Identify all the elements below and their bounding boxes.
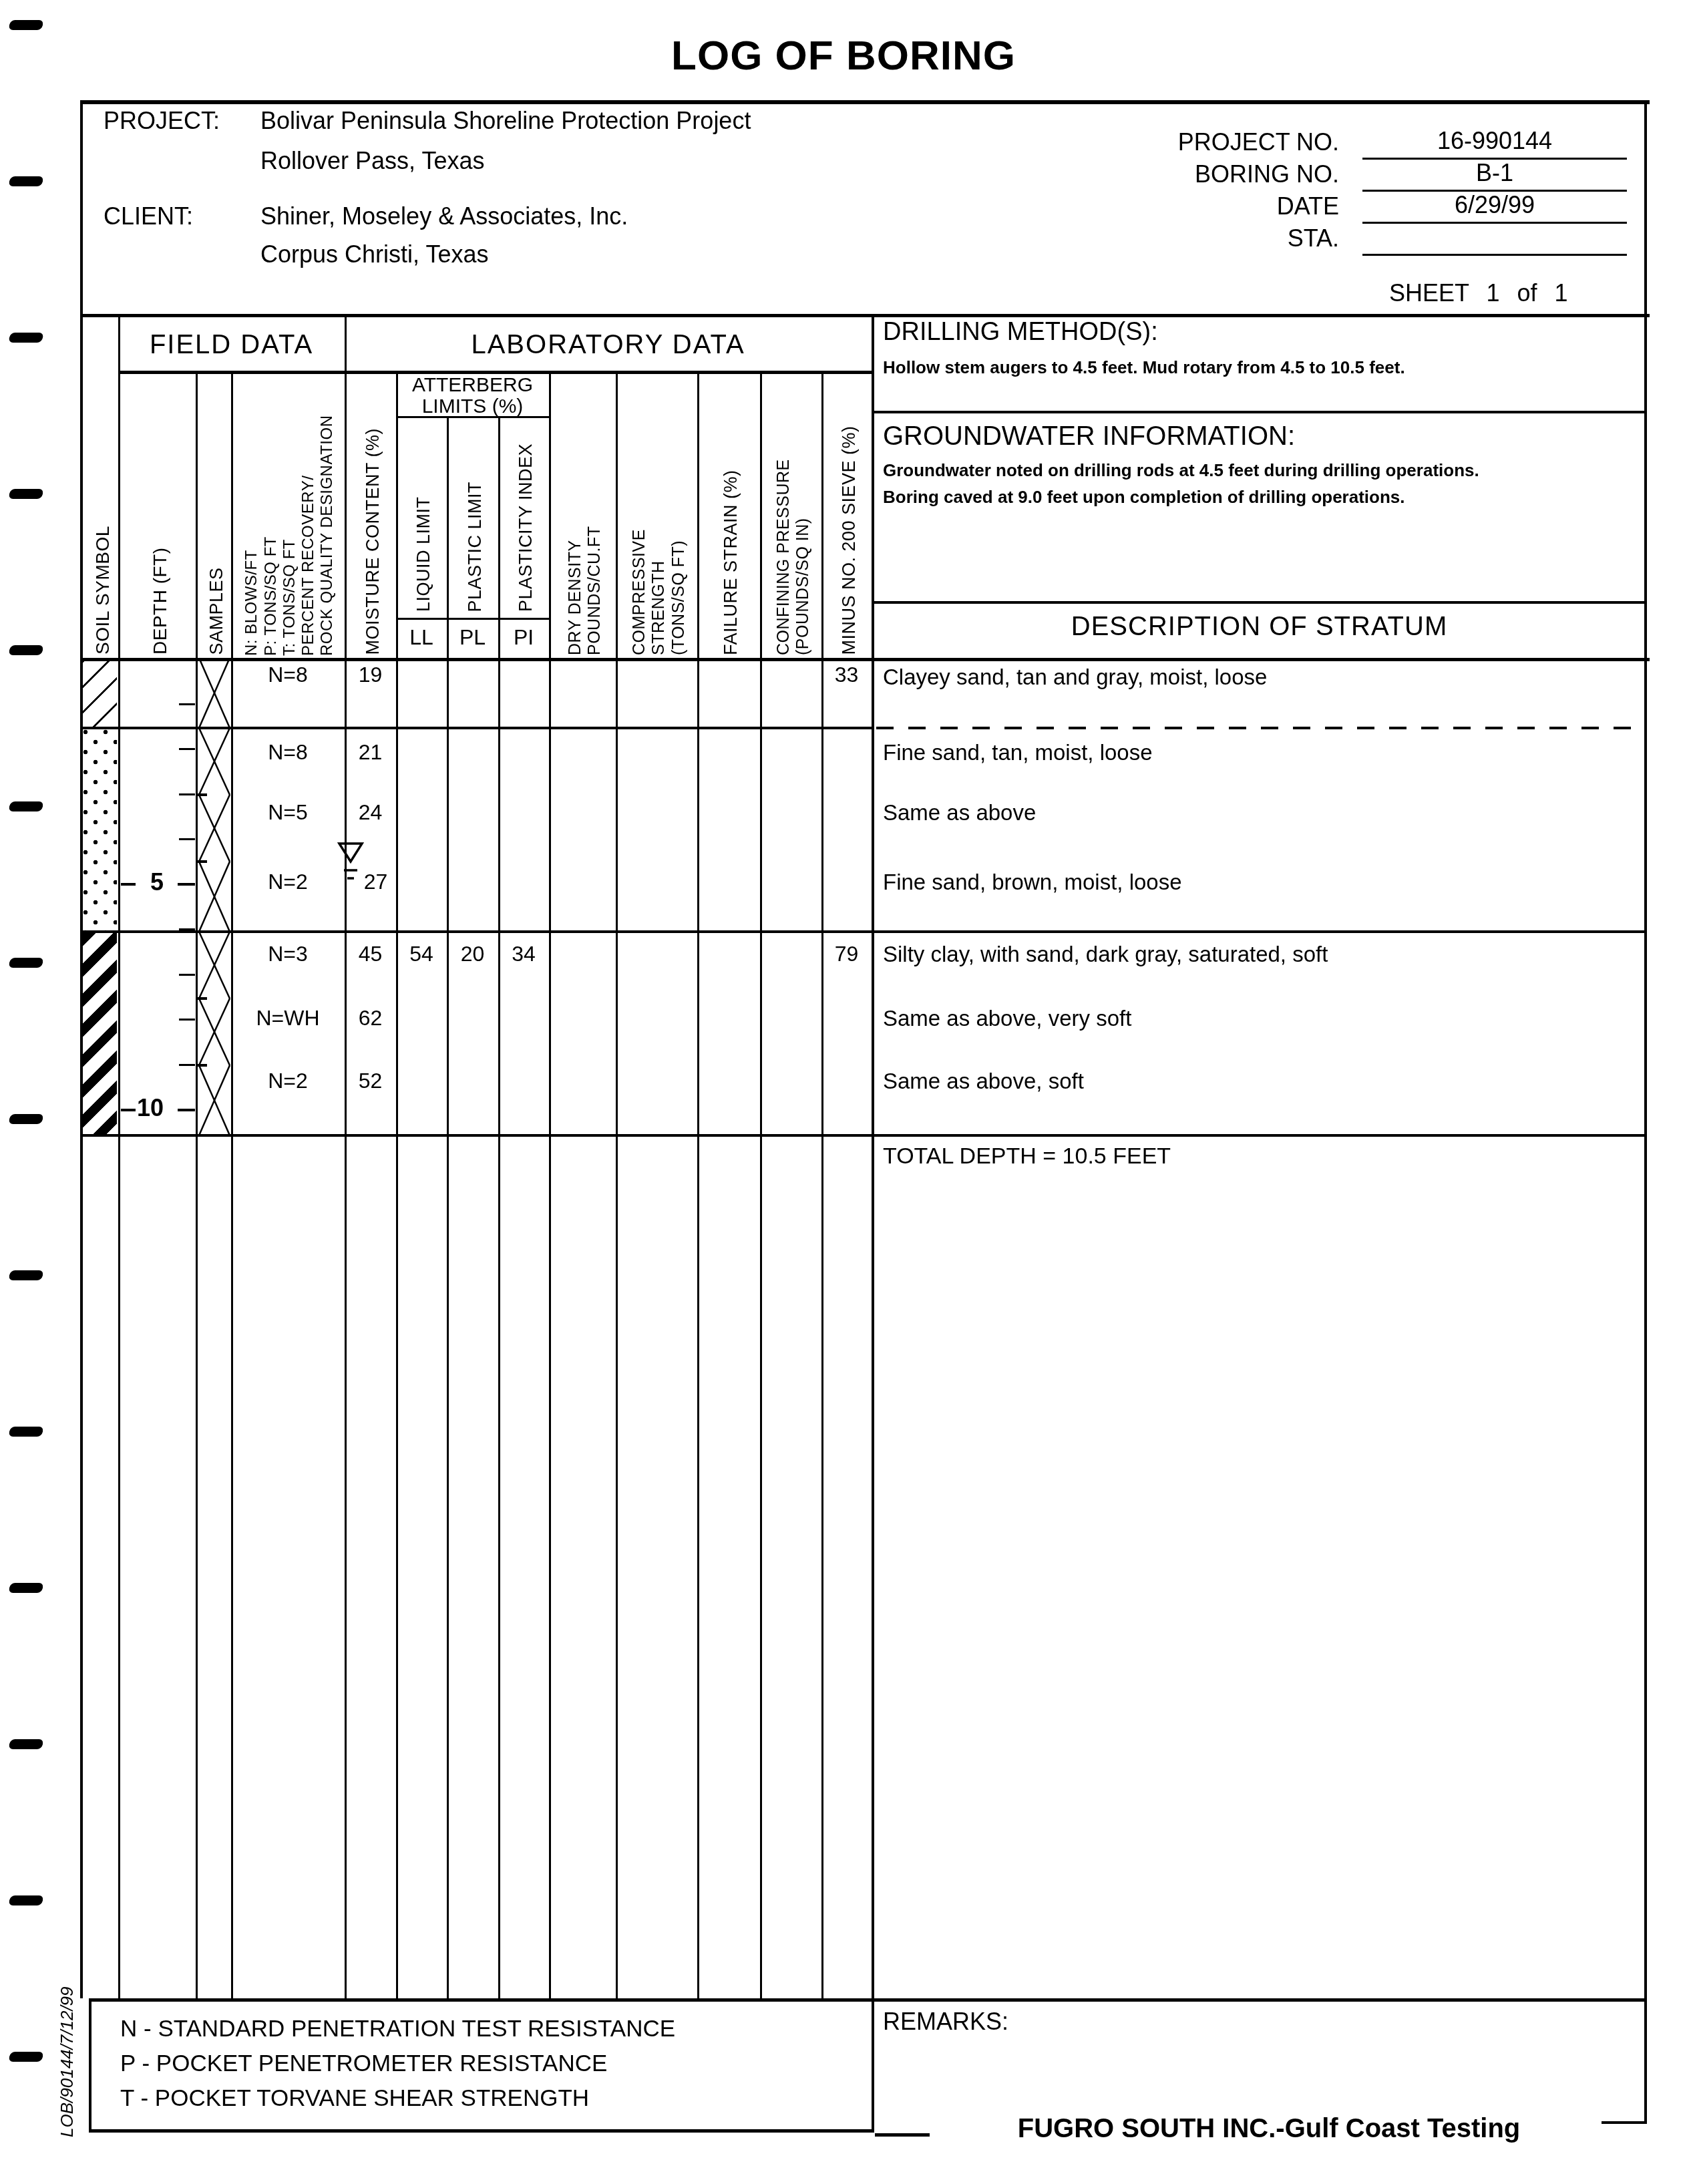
sample-interval-markers xyxy=(198,658,231,1135)
sample-moisture-value: 27 xyxy=(350,870,401,894)
col-header-plasticity-index-label: PLASTICITY INDEX xyxy=(516,418,537,612)
confining-line2: (POUNDS/SQ IN) xyxy=(793,368,813,655)
stratum-description: Same as above, very soft xyxy=(883,1006,1131,1031)
groundwater-text-line1: Groundwater noted on drilling rods at 4.… xyxy=(883,461,1479,481)
col-header-blows: N: BLOWS/FT P: TONS/SQ FT T: TONS/SQ FT … xyxy=(233,369,347,660)
blows-legend-recovery: PERCENT RECOVERY/ xyxy=(299,369,318,656)
col-header-dry-density: DRY DENSITY POUNDS/CU.FT xyxy=(552,368,618,661)
project-no-underline xyxy=(1362,158,1627,160)
legend-box-left-border xyxy=(89,1998,91,2132)
col-header-depth: DEPTH (FT) xyxy=(122,367,199,661)
depth-label-5: 5 xyxy=(130,868,184,896)
field-data-banner: FIELD DATA xyxy=(118,329,345,360)
soil-stratum1-clayey-sand-hatch xyxy=(83,660,117,727)
depth-tick-6ft xyxy=(179,928,195,930)
col-header-minus200-label: MINUS NO. 200 SIEVE (%) xyxy=(838,368,860,655)
sample-n-value: N=2 xyxy=(231,870,345,894)
depth-label-10: 10 xyxy=(124,1094,177,1121)
table-top-border xyxy=(80,314,1650,317)
depth-tick-10ft-right xyxy=(178,1109,195,1111)
compressive-line3: (TONS/SQ FT) xyxy=(669,368,689,655)
date-label: DATE xyxy=(1135,192,1339,220)
blows-legend-n: N: BLOWS/FT xyxy=(242,369,261,656)
dry-density-line2: POUNDS/CU.FT xyxy=(585,368,605,655)
groundwater-text-line2: Boring caved at 9.0 feet upon completion… xyxy=(883,488,1405,508)
sta-underline xyxy=(1362,254,1627,256)
soil-stratum2-fine-sand-dots xyxy=(83,729,117,930)
sample-moisture-value: 24 xyxy=(345,800,396,825)
pi-subheader: PI xyxy=(498,625,549,650)
col-header-liquid-limit-label: LIQUID LIMIT xyxy=(413,418,435,612)
stratum-description: Same as above xyxy=(883,800,1036,826)
col-header-soil-symbol-label: SOIL SYMBOL xyxy=(91,317,114,655)
col-header-samples-label: SAMPLES xyxy=(206,368,227,655)
sample-n-value: N=3 xyxy=(231,942,345,966)
sample-n-value: N=2 xyxy=(231,1069,345,1093)
sample-moisture-value: 19 xyxy=(345,663,396,687)
remarks-box-bottom-stub xyxy=(1602,2121,1647,2124)
sample-n-value: N=WH xyxy=(231,1006,345,1031)
sample-moisture-value: 62 xyxy=(345,1006,396,1031)
col-header-samples: SAMPLES xyxy=(199,368,234,662)
footer-top-border xyxy=(89,1998,1647,2002)
legend-p-definition: P - POCKET PENETROMETER RESISTANCE xyxy=(120,2050,607,2077)
drilling-methods-heading: DRILLING METHOD(S): xyxy=(883,318,1158,347)
date-underline xyxy=(1362,222,1627,224)
groundwater-heading: GROUNDWATER INFORMATION: xyxy=(883,421,1295,451)
header-box-top-border xyxy=(80,100,1650,104)
depth-tick-4ft xyxy=(179,838,195,840)
project-no-label: PROJECT NO. xyxy=(1135,128,1339,156)
col-header-plastic-limit-label: PLASTIC LIMIT xyxy=(464,419,486,612)
blows-legend-rqd: ROCK QUALITY DESIGNATION xyxy=(318,369,337,656)
date-value: 6/29/99 xyxy=(1362,191,1627,218)
sta-label: STA. xyxy=(1135,224,1339,252)
total-depth-note: TOTAL DEPTH = 10.5 FEET xyxy=(883,1143,1171,1169)
stratum-boundary-1-dashed xyxy=(876,727,1644,729)
col-header-moisture-label: MOISTURE CONTENT (%) xyxy=(362,368,383,655)
sample-n-value: N=5 xyxy=(231,800,345,825)
ll-subheader: LL xyxy=(396,625,447,650)
stratum-description: Same as above, soft xyxy=(883,1069,1084,1094)
sheet-number: SHEET 1 of 1 xyxy=(1389,279,1567,307)
project-name-line2: Rollover Pass, Texas xyxy=(260,147,484,174)
col-header-moisture: MOISTURE CONTENT (%) xyxy=(347,368,399,661)
sample-moisture-value: 21 xyxy=(345,740,396,765)
depth-tick-2ft xyxy=(179,748,195,750)
col-header-plastic-limit: PLASTIC LIMIT xyxy=(449,419,501,618)
depth-tick-9ft xyxy=(179,1064,195,1066)
company-name: FUGRO SOUTH INC.-Gulf Coast Testing xyxy=(948,2113,1589,2144)
stratum-boundary-2-right xyxy=(872,930,1647,933)
atterberg-limits-label-line1: ATTERBERG xyxy=(396,374,549,397)
col-header-liquid-limit: LIQUID LIMIT xyxy=(399,418,449,617)
blows-legend-t: T: TONS/SQ FT xyxy=(280,369,299,656)
sample-pl-value: 20 xyxy=(447,942,498,966)
sample-minus200-value: 33 xyxy=(821,663,872,687)
col-header-failure-strain-label: FAILURE STRAIN (%) xyxy=(721,368,742,655)
page-title: LOG OF BORING xyxy=(643,32,1044,79)
sample-pi-value: 34 xyxy=(498,942,549,966)
sample-ll-value: 54 xyxy=(396,942,447,966)
document-number-vertical: LOB/90144/7/12/99 xyxy=(57,1957,77,2137)
sample-moisture-value: 45 xyxy=(345,942,396,966)
client-name-line1: Shiner, Moseley & Associates, Inc. xyxy=(260,202,628,230)
sample-moisture-value: 52 xyxy=(345,1069,396,1093)
description-bar-top-border xyxy=(872,601,1647,604)
depth-tick-7ft xyxy=(179,974,195,976)
stratum-description: Silty clay, with sand, dark gray, satura… xyxy=(883,942,1328,967)
sample-minus200-value: 79 xyxy=(821,942,872,966)
col-header-plasticity-index: PLASTICITY INDEX xyxy=(501,418,552,617)
drilling-methods-text: Hollow stem augers to 4.5 feet. Mud rota… xyxy=(883,358,1405,378)
total-depth-line-right xyxy=(872,1134,1647,1137)
col-line-ll-pl xyxy=(447,418,449,1998)
company-left-dash xyxy=(875,2133,930,2137)
confining-line1: CONFINING PRESSURE xyxy=(774,368,794,655)
col-header-minus200: MINUS NO. 200 SIEVE (%) xyxy=(824,368,874,661)
project-name-line1: Bolivar Peninsula Shoreline Protection P… xyxy=(260,107,751,134)
legend-box-bottom-border xyxy=(89,2129,874,2133)
client-label: CLIENT: xyxy=(104,202,193,230)
description-of-stratum-header: DESCRIPTION OF STRATUM xyxy=(872,611,1647,642)
table-right-border xyxy=(1644,100,1647,2123)
compressive-line1: COMPRESSIVE xyxy=(630,368,650,655)
soil-stratum3-silty-clay-hatch xyxy=(83,933,117,1134)
laboratory-data-banner: LABORATORY DATA xyxy=(345,329,872,360)
client-name-line2: Corpus Christi, Texas xyxy=(260,240,488,268)
compressive-line2: STRENGTH xyxy=(649,368,669,655)
boring-no-value: B-1 xyxy=(1362,159,1627,186)
depth-tick-1ft xyxy=(179,703,195,705)
depth-tick-8ft xyxy=(179,1019,195,1021)
col-line-pl-pi xyxy=(498,418,500,1998)
llplpi-top-border xyxy=(396,618,549,620)
project-no-value: 16-990144 xyxy=(1362,127,1627,154)
blows-legend-p: P: TONS/SQ FT xyxy=(262,369,280,656)
drilling-box-bottom-border xyxy=(872,411,1647,413)
pl-subheader: PL xyxy=(447,625,498,650)
dry-density-line1: DRY DENSITY xyxy=(566,368,586,655)
col-header-compressive: COMPRESSIVE STRENGTH (TONS/SQ FT) xyxy=(618,368,700,661)
stratum-description: Fine sand, brown, moist, loose xyxy=(883,870,1182,895)
depth-tick-3ft xyxy=(179,793,195,795)
boring-no-label: BORING NO. xyxy=(1135,160,1339,188)
remarks-heading: REMARKS: xyxy=(883,2008,1008,2035)
atterberg-limits-label-line2: LIMITS (%) xyxy=(396,395,549,419)
col-header-depth-label: DEPTH (FT) xyxy=(149,367,171,655)
project-label: PROJECT: xyxy=(104,107,220,134)
boring-log-scanned-page: { "title": "LOG OF BORING", "header": { … xyxy=(0,0,1687,2184)
sample-n-value: N=8 xyxy=(231,740,345,765)
boring-no-underline xyxy=(1362,190,1627,192)
sample-n-value: N=8 xyxy=(231,663,345,687)
col-header-confining: CONFINING PRESSURE (POUNDS/SQ IN) xyxy=(763,368,824,661)
stratum-description: Clayey sand, tan and gray, moist, loose xyxy=(883,665,1267,690)
stratum-description: Fine sand, tan, moist, loose xyxy=(883,740,1153,765)
col-header-soil-symbol: SOIL SYMBOL xyxy=(83,317,122,661)
col-header-failure-strain: FAILURE STRAIN (%) xyxy=(700,368,763,661)
legend-t-definition: T - POCKET TORVANE SHEAR STRENGTH xyxy=(120,2085,589,2112)
legend-n-definition: N - STANDARD PENETRATION TEST RESISTANCE xyxy=(120,2016,675,2042)
